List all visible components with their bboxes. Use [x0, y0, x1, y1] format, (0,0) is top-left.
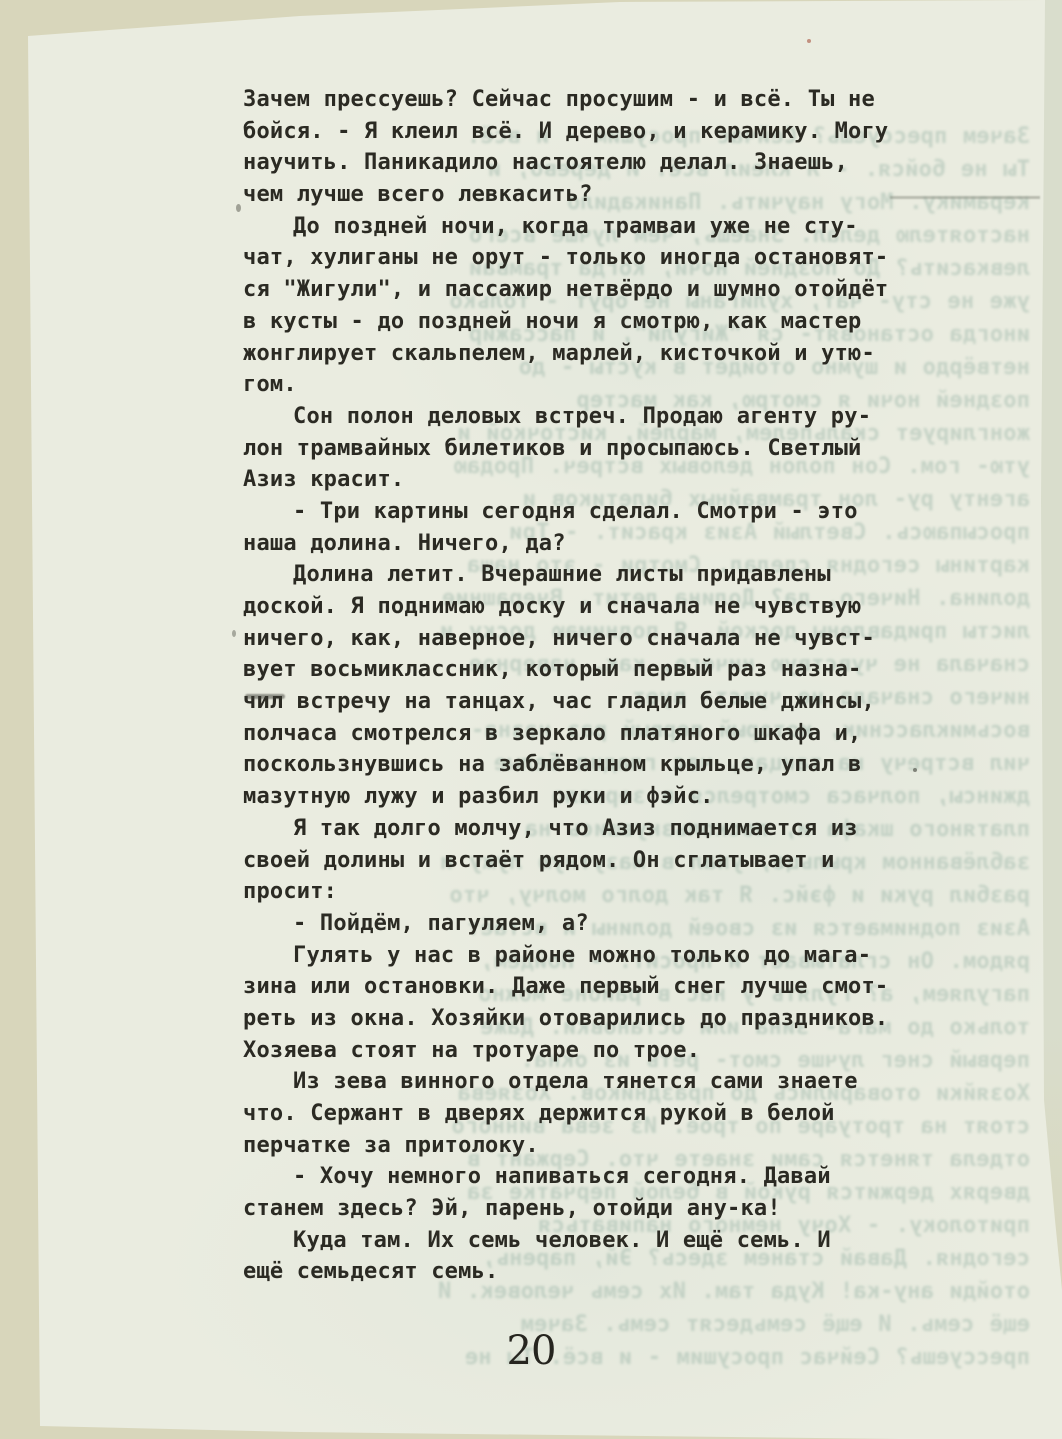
text-line: Долина летит. Вчерашние листы придавлены	[243, 559, 898, 591]
text-line: Хозяева стоят на тротуаре по трое.	[243, 1035, 898, 1067]
text-line: - Три картины сегодня сделал. Смотри - э…	[243, 496, 898, 528]
text-line: поскользнувшись на заблёванном крыльце, …	[243, 749, 898, 781]
text-line: зина или остановки. Даже первый снег луч…	[243, 971, 898, 1003]
text-line: ничего, как, наверное, ничего сначала не…	[243, 623, 898, 655]
page-text: Зачем прессуешь? Сейчас просушим - и всё…	[243, 84, 898, 1288]
paper-speck	[236, 204, 241, 212]
text-line: - Хочу немного напиваться сегодня. Давай	[243, 1161, 898, 1193]
text-line: чем лучше всего левкасить?	[243, 179, 898, 211]
text-line: научить. Паникадило настоятелю делал. Зн…	[243, 147, 898, 179]
text-line: - Пойдём, пагуляем, а?	[243, 908, 898, 940]
text-line: просит:	[243, 876, 898, 908]
text-line: вует восьмиклассник, который первый раз …	[243, 654, 898, 686]
text-line: реть из окна. Хозяйки отоварились до пра…	[243, 1003, 898, 1035]
text-line: Из зева винного отдела тянется сами знае…	[243, 1066, 898, 1098]
text-line: что. Сержант в дверях держится рукой в б…	[243, 1098, 898, 1130]
page-number: 20	[9, 1328, 1053, 1374]
book-page: Зачем прессуешь? Сейчас просушим - и всё…	[0, 0, 1062, 1439]
text-line: Я так долго молчу, что Азиз поднимается …	[243, 813, 898, 845]
text-line: наша долина. Ничего, да?	[243, 528, 898, 560]
text-line: в кусты - до поздней ночи я смотрю, как …	[243, 306, 898, 338]
scanned-book-page: Зачем прессуешь? Сейчас просушим - и всё…	[0, 0, 1062, 1439]
text-line: мазутную лужу и разбил руки и фэйс.	[243, 781, 898, 813]
text-line: Гулять у нас в районе можно только до ма…	[243, 940, 898, 972]
text-line: доской. Я поднимаю доску и сначала не чу…	[243, 591, 898, 623]
scan-dash-artifact	[890, 196, 1040, 199]
text-line: бойся. - Я клеил всё. И дерево, и керами…	[243, 116, 898, 148]
text-line: Куда там. Их семь человек. И ещё семь. И	[243, 1225, 898, 1257]
text-line: жонглирует скальпелем, марлей, кисточкой…	[243, 338, 898, 370]
paper-speck	[807, 39, 811, 43]
paper-speck	[232, 630, 236, 637]
text-line: Азиз красит.	[243, 464, 898, 496]
text-line: гом.	[243, 369, 898, 401]
text-line: До поздней ночи, когда трамваи уже не ст…	[243, 211, 898, 243]
text-line: полчаса смотрелся в зеркало платяного шк…	[243, 718, 898, 750]
text-line: чил встречу на танцах, час гладил белые …	[243, 686, 898, 718]
text-line: ся "Жигули", и пассажир нетвёрдо и шумно…	[243, 274, 898, 306]
text-line: ещё семьдесят семь.	[243, 1256, 898, 1288]
text-line: своей долины и встаёт рядом. Он сглатыва…	[243, 845, 898, 877]
text-line: лон трамвайных билетиков и просыпаюсь. С…	[243, 433, 898, 465]
paper-speck	[913, 768, 917, 772]
text-line: чат, хулиганы не орут - только иногда ос…	[243, 242, 898, 274]
text-line: Зачем прессуешь? Сейчас просушим - и всё…	[243, 84, 898, 116]
text-line: перчатке за притолоку.	[243, 1130, 898, 1162]
text-line: станем здесь? Эй, парень, отойди ану-ка!	[243, 1193, 898, 1225]
text-line: Сон полон деловых встреч. Продаю агенту …	[243, 401, 898, 433]
